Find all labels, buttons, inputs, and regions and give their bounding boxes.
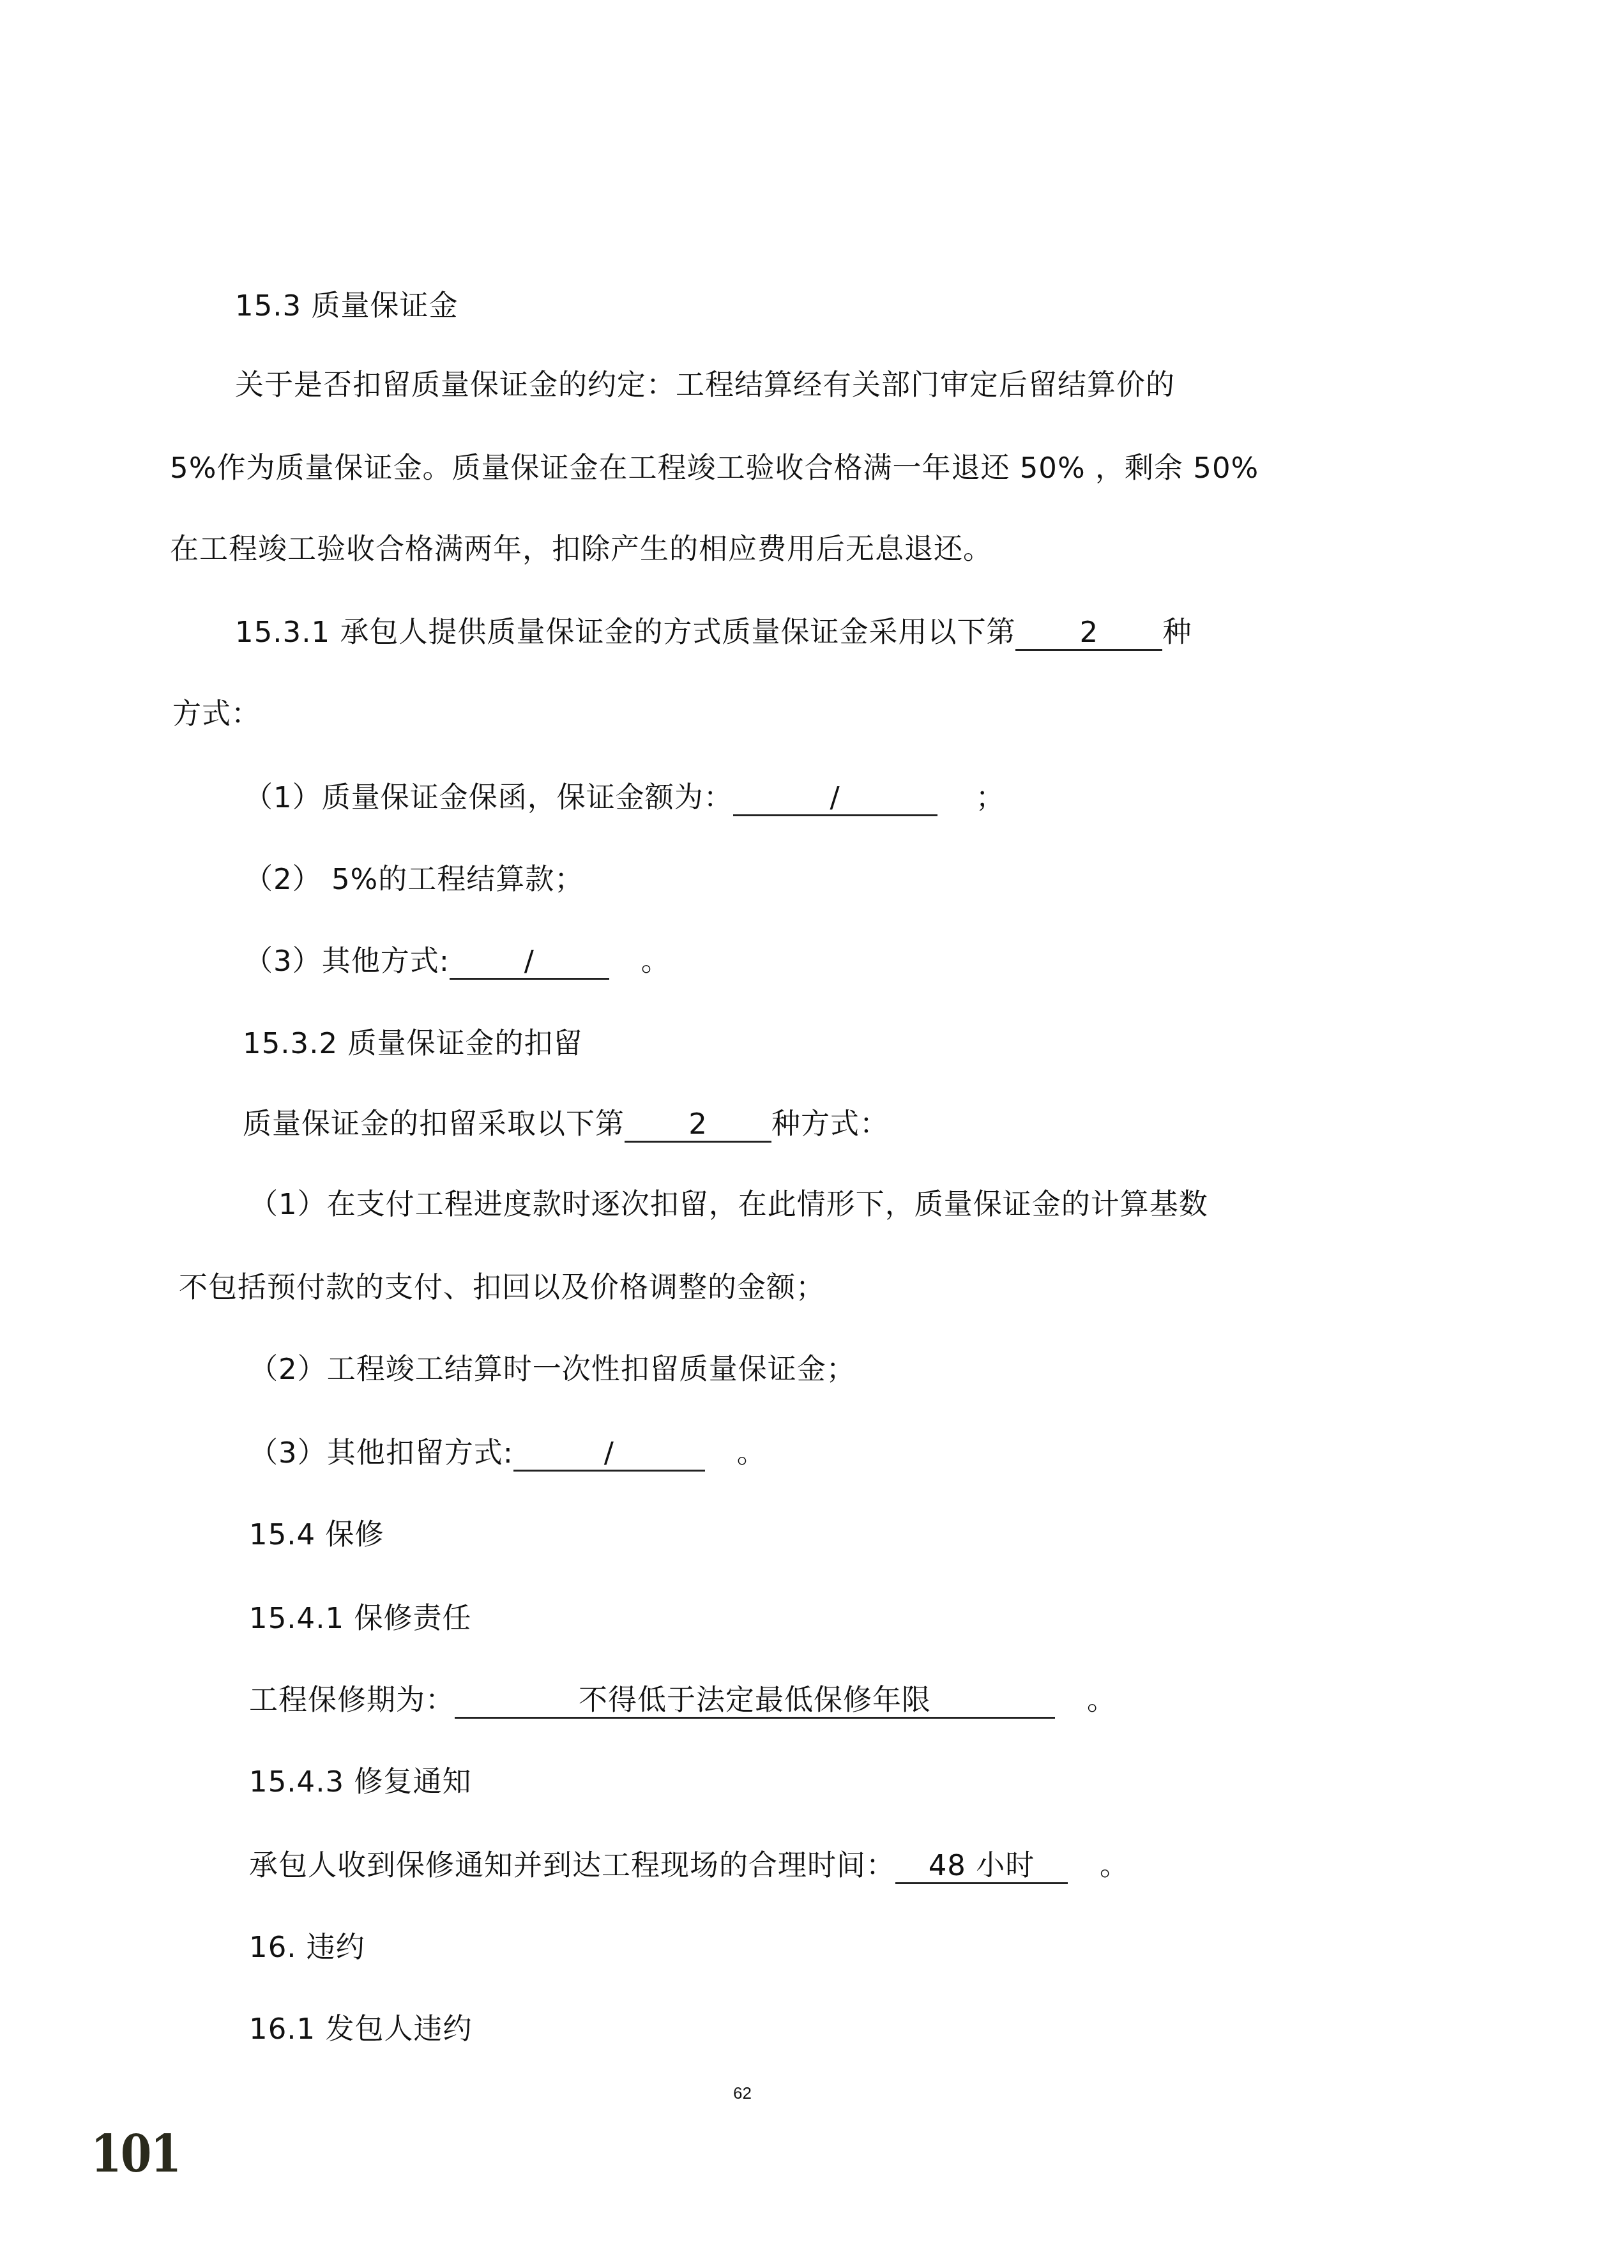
clause-15-3-2-line: 质量保证金的扣留采取以下第2种方式： — [243, 1106, 889, 1143]
paragraph-line: 关于是否扣留质量保证金的约定：工程结算经有关部门审定后留结算价的 — [235, 367, 1175, 403]
option-text: （3）其他方式: — [244, 944, 450, 978]
deduction-1-continued: 不包括预付款的支付、扣回以及价格调整的金额； — [179, 1270, 825, 1305]
clause-15-3-1-line: 15.3.1 承包人提供质量保证金的方式质量保证金采用以下第2种 — [235, 614, 1192, 651]
paragraph-line: 5%作为质量保证金。质量保证金在工程竣工验收合格满一年退还 50% ，剩余 50… — [170, 450, 1259, 486]
deduction-text: 。 — [737, 1436, 766, 1470]
option-text: 。 — [641, 944, 671, 978]
fill-in-blank: / — [450, 945, 609, 980]
option-text: （1）质量保证金保函，保证金额为： — [244, 780, 733, 814]
option-3-line: （3）其他方式:/。 — [244, 943, 671, 980]
deduction-1-line: （1）在支付工程进度款时逐次扣留，在此情形下，质量保证金的计算基数 — [249, 1187, 1208, 1222]
section-heading-16: 16. 违约 — [249, 1929, 365, 1965]
fill-in-blank: / — [733, 781, 937, 816]
section-heading-15-4-3: 15.4.3 修复通知 — [249, 1764, 471, 1800]
section-heading-15-3-2: 15.3.2 质量保证金的扣留 — [243, 1026, 582, 1062]
clause-text: 15.3.1 承包人提供质量保证金的方式质量保证金采用以下第 — [235, 615, 1015, 649]
repair-notice-line: 承包人收到保修通知并到达工程现场的合理时间：48 小时。 — [249, 1848, 1129, 1884]
fill-in-blank: 不得低于法定最低保修年限 — [455, 1684, 1055, 1719]
deduction-3-line: （3）其他扣留方式:/。 — [249, 1435, 766, 1472]
notice-text: 。 — [1100, 1848, 1129, 1882]
warranty-text: 。 — [1087, 1683, 1116, 1717]
option-1-line: （1）质量保证金保函，保证金额为：/； — [244, 780, 1005, 816]
deduction-text: （3）其他扣留方式: — [249, 1436, 513, 1470]
section-heading-15-4: 15.4 保修 — [249, 1517, 384, 1553]
option-2-line: （2） 5%的工程结算款； — [244, 862, 584, 897]
fill-in-blank: 48 小时 — [895, 1849, 1068, 1884]
paragraph-line: 方式： — [172, 696, 261, 732]
option-text: ； — [976, 780, 1005, 814]
section-heading-15-4-1: 15.4.1 保修责任 — [249, 1601, 471, 1636]
deduction-2-line: （2）工程竣工结算时一次性扣留质量保证金； — [249, 1351, 856, 1387]
notice-text: 承包人收到保修通知并到达工程现场的合理时间： — [249, 1848, 895, 1882]
clause-text: 质量保证金的扣留采取以下第 — [243, 1107, 625, 1141]
fill-in-blank: 2 — [625, 1107, 771, 1143]
fill-in-blank: / — [513, 1436, 705, 1472]
fill-in-blank: 2 — [1015, 616, 1162, 651]
section-heading-16-1: 16.1 发包人违约 — [249, 2011, 473, 2047]
clause-text: 种 — [1162, 615, 1192, 649]
warranty-text: 工程保修期为： — [249, 1683, 455, 1717]
section-heading-15-3: 15.3 质量保证金 — [235, 288, 459, 324]
page-number: 62 — [733, 2083, 752, 2103]
paragraph-line: 在工程竣工验收合格满两年，扣除产生的相应费用后无息退还。 — [170, 531, 992, 567]
stamped-page-number: 101 — [91, 2123, 180, 2184]
clause-text: 种方式： — [771, 1107, 889, 1141]
warranty-period-line: 工程保修期为：不得低于法定最低保修年限。 — [249, 1682, 1116, 1719]
